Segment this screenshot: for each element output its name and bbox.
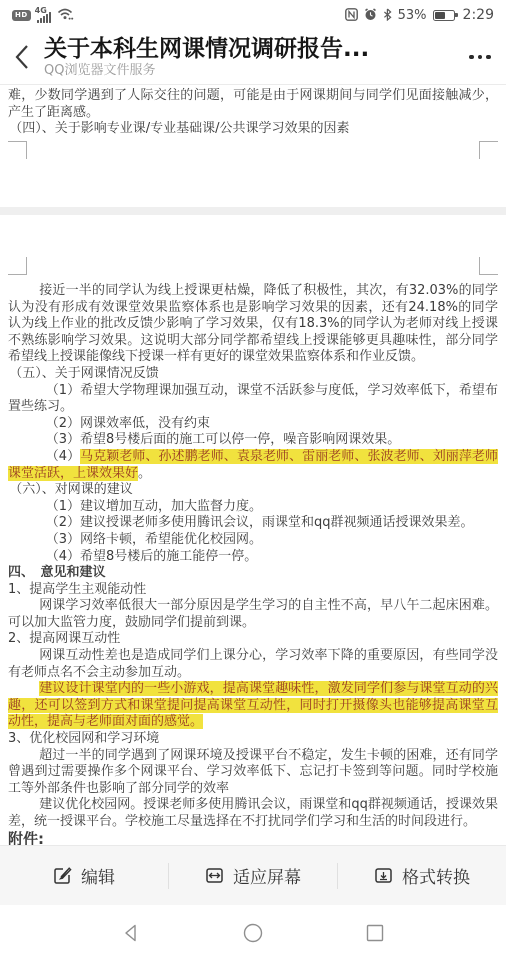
more-options-button[interactable]: [454, 30, 506, 84]
fit-screen-icon: [205, 866, 224, 885]
back-button[interactable]: [0, 30, 44, 84]
list-item: （1）希望大学物理课加强互动，课堂不活跃参与度低，学习效率低下，希望布置些练习。: [0, 383, 506, 416]
battery-percent: 53%: [398, 8, 427, 23]
nav-home-button[interactable]: [231, 911, 275, 955]
paragraph: 超过一半的同学遇到了网课环境及授课平台不稳定，发生卡顿的困难，还有同学曾遇到过需…: [0, 748, 506, 798]
nfc-icon: [345, 6, 358, 25]
section-heading: 四、 意见和建议: [0, 565, 506, 582]
nav-recents-button[interactable]: [353, 911, 397, 955]
nav-recents-icon: [365, 923, 385, 943]
list-item: （3）希望8号楼后面的施工可以停一停，噪音影响网课效果。: [0, 432, 506, 449]
page-corner-mark: [479, 257, 498, 275]
nav-home-icon: [242, 922, 264, 944]
section-heading: （六）、对网课的建议: [0, 482, 506, 499]
sub-heading: 1、提高学生主观能动性: [0, 582, 506, 599]
format-convert-icon: [374, 866, 393, 885]
status-bar: HD 4G: [0, 0, 506, 30]
list-item: （2）建议授课老师多使用腾讯会议，雨课堂和qq群视频通话授课效果差。: [0, 515, 506, 532]
paragraph-highlighted: 建议设计课堂内的一些小游戏，提高课堂趣味性，激发同学们参与课堂互动的兴趣，还可以…: [0, 681, 506, 731]
section-heading: （五）、关于网课情况反馈: [0, 366, 506, 383]
signal-strength-icon: 4G: [37, 8, 51, 23]
list-item-highlighted: （4）马克颖老师、孙述鹏老师、袁泉老师、雷丽老师、张波老师、刘丽萍老师课堂活跃，…: [0, 449, 506, 482]
page-subtitle: QQ浏览器文件服务: [44, 63, 454, 79]
paragraph: 网课互动性差也是造成同学们上课分心，学习效率下降的重要原因，有些同学没有老师点名…: [0, 648, 506, 681]
sub-heading: 2、提高网课互动性: [0, 631, 506, 648]
page-corner-mark: [479, 141, 498, 159]
fit-screen-label: 适应屏幕: [233, 863, 301, 888]
paragraph: 网课学习效率低很大一部分原因是学生学习的自主性不高，早八午二起床困难。可以加大监…: [0, 598, 506, 631]
edit-icon: [53, 866, 72, 885]
document-viewer[interactable]: 难，少数同学遇到了人际交往的问题，可能是由于网课期间与同学们见面接触减少，产生了…: [0, 85, 506, 845]
paragraph: 难，少数同学遇到了人际交往的问题，可能是由于网课期间与同学们见面接触减少，产生了…: [0, 88, 506, 121]
edit-label: 编辑: [81, 863, 115, 888]
section-heading: （四）、关于影响专业课/专业基础课/公共课学习效果的因素: [0, 121, 506, 138]
paragraph: 建议优化校园网。授课老师多使用腾讯会议，雨课堂和qq群视频通话，授课效果差，统一…: [0, 797, 506, 830]
bottom-toolbar: 编辑 适应屏幕 格式转换: [0, 845, 506, 905]
hd-voice-icon: HD: [12, 10, 31, 21]
paragraph: 接近一半的同学认为线上授课更枯燥，降低了积极性，其次，有32.03%的同学认为没…: [0, 283, 506, 366]
fit-screen-button[interactable]: 适应屏幕: [169, 846, 337, 905]
highlighted-text: 建议设计课堂内的一些小游戏，提高课堂趣味性，激发同学们参与课堂互动的兴趣，还可以…: [8, 681, 498, 729]
attachment-label: 附件:: [0, 831, 506, 845]
format-convert-button[interactable]: 格式转换: [338, 846, 506, 905]
format-convert-label: 格式转换: [402, 863, 470, 888]
nav-back-icon: [121, 923, 141, 943]
page-break-gap: [0, 207, 506, 215]
list-item: （4）希望8号楼后的施工能停一停。: [0, 549, 506, 566]
nav-back-button[interactable]: [109, 911, 153, 955]
more-icon: [469, 55, 474, 60]
list-item: （1）建议增加互动，加大监督力度。: [0, 499, 506, 516]
title-bar: 关于本科生网课情况调研报告... QQ浏览器文件服务: [0, 30, 506, 85]
battery-icon: [433, 10, 455, 21]
android-navigation-bar: [0, 905, 506, 960]
page-corner-mark: [8, 141, 27, 159]
highlighted-text: 马克颖老师、孙述鹏老师、袁泉老师、雷丽老师、张波老师、刘丽萍老师课堂活跃，上课效…: [8, 449, 498, 481]
edit-button[interactable]: 编辑: [0, 846, 168, 905]
clock-time: 2:29: [463, 7, 494, 23]
page-title: 关于本科生网课情况调研报告...: [44, 36, 429, 62]
sub-heading: 3、优化校园网和学习环境: [0, 731, 506, 748]
chevron-left-icon: [14, 44, 30, 70]
list-item: （2）网课效率低，没有约束: [0, 416, 506, 433]
document-page-1: 难，少数同学遇到了人际交往的问题，可能是由于网课期间与同学们见面接触减少，产生了…: [0, 88, 506, 138]
wifi-icon: [57, 6, 74, 25]
page-corner-mark: [8, 257, 27, 275]
alarm-icon: [364, 6, 377, 25]
list-item: （3）网络卡顿，希望能优化校园网。: [0, 532, 506, 549]
document-page-2: 接近一半的同学认为线上授课更枯燥，降低了积极性，其次，有32.03%的同学认为没…: [0, 283, 506, 845]
bluetooth-icon: [383, 6, 392, 25]
